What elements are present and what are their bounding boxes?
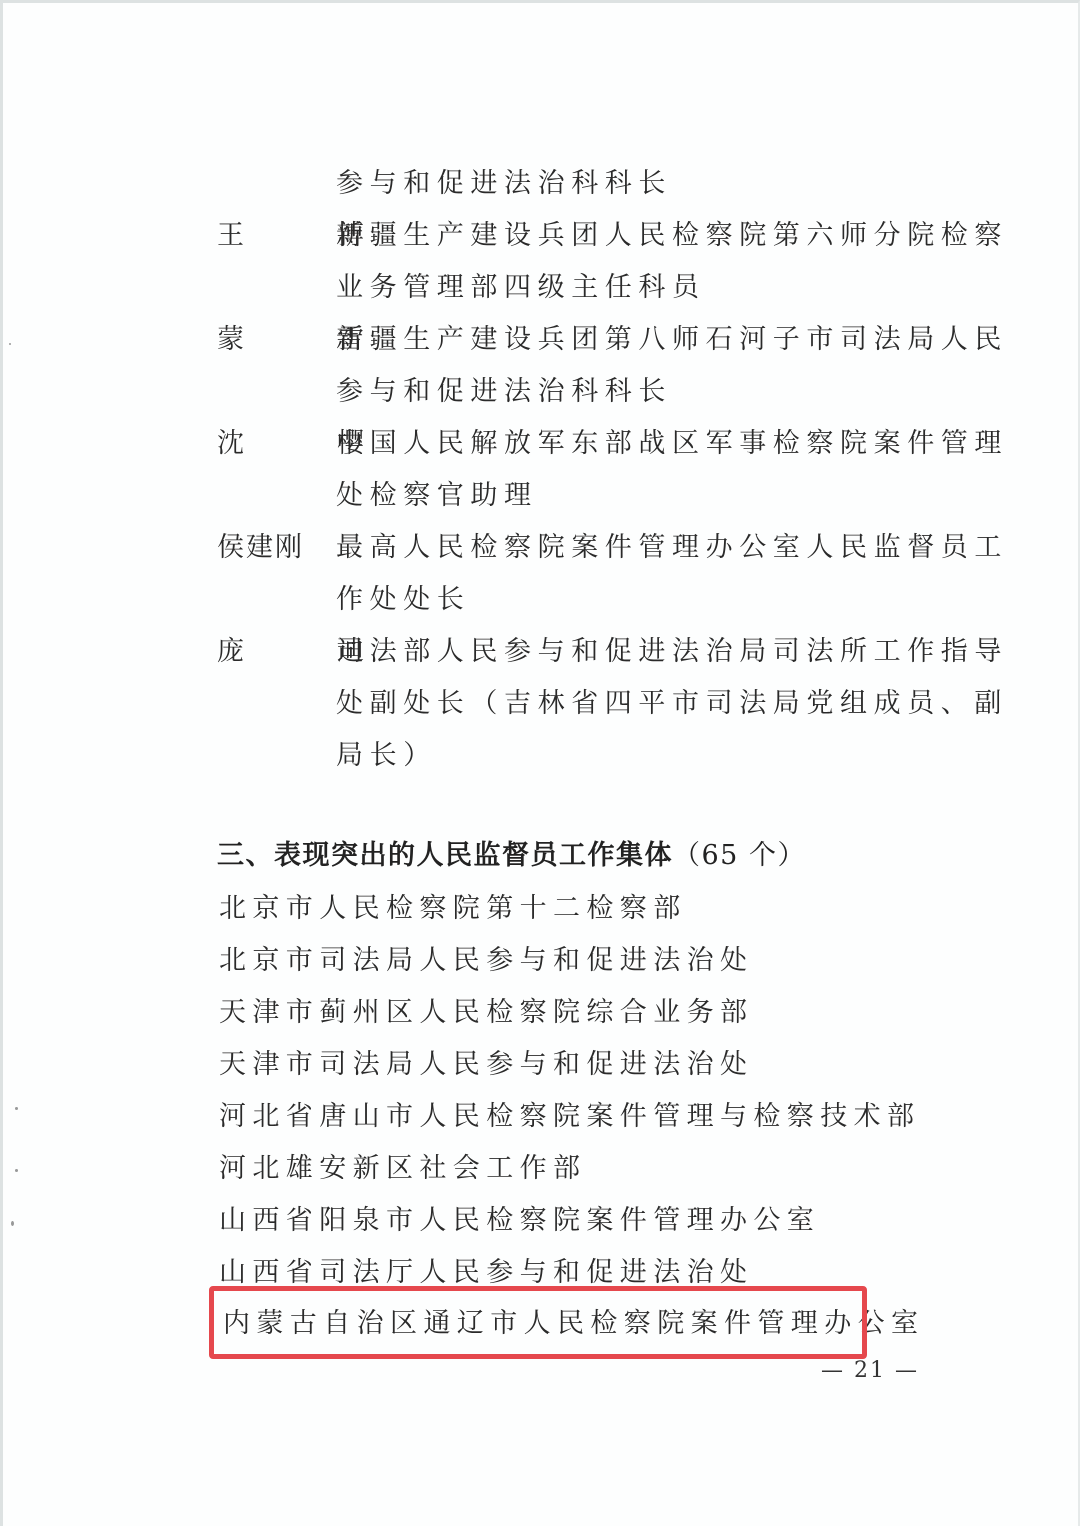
organization-item: 北京市人民检察院第十二检察部 <box>219 894 687 924</box>
person-title-line: 中国人民解放军东部战区军事检察院案件管理 <box>336 429 1008 459</box>
section-count: （65 个） <box>673 840 806 871</box>
person-title-line: 司法部人民参与和促进法治局司法所工作指导 <box>336 637 1008 667</box>
section-title: 三、表现突出的人民监督员工作集体 <box>217 840 673 871</box>
person-title-line: 处副处长（吉林省四平市司法局党组成员、副 <box>336 689 1008 719</box>
person-title-line: 局长） <box>336 741 437 771</box>
document-page: 参与和促进法治科科长 王 博 新疆生产建设兵团人民检察院第六师分院检察 业务管理… <box>0 0 1080 1526</box>
person-name: 侯建刚 <box>217 533 317 563</box>
organization-item: 山西省司法厅人民参与和促进法治处 <box>219 1258 753 1288</box>
person-name: 庞 迪 <box>217 637 317 667</box>
section-heading: 三、表现突出的人民监督员工作集体（65 个） <box>217 841 806 871</box>
continuation-line: 参与和促进法治科科长 <box>336 169 672 199</box>
person-title-line: 新疆生产建设兵团人民检察院第六师分院检察 <box>336 221 1008 251</box>
person-title-line: 新疆生产建设兵团第八师石河子市司法局人民 <box>336 325 1008 355</box>
organization-item: 天津市蓟州区人民检察院综合业务部 <box>219 998 753 1028</box>
person-title-line: 最高人民检察院案件管理办公室人民监督员工 <box>336 533 1008 563</box>
organization-item: 河北雄安新区社会工作部 <box>219 1154 586 1184</box>
person-title-line: 处检察官助理 <box>336 481 538 511</box>
person-title-line: 业务管理部四级主任科员 <box>336 273 706 303</box>
highlight-box <box>209 1286 867 1359</box>
page-number: — 21 — <box>821 1358 919 1384</box>
person-title-line: 作处处长 <box>336 585 470 615</box>
person-name: 蒙 雷 <box>217 325 317 355</box>
organization-item: 山西省阳泉市人民检察院案件管理办公室 <box>219 1206 820 1236</box>
person-name: 王 博 <box>217 221 317 251</box>
organization-item: 北京市司法局人民参与和促进法治处 <box>219 946 753 976</box>
organization-item: 天津市司法局人民参与和促进法治处 <box>219 1050 753 1080</box>
person-title-line: 参与和促进法治科科长 <box>336 377 672 407</box>
organization-item: 河北省唐山市人民检察院案件管理与检察技术部 <box>219 1102 920 1132</box>
person-name: 沈 樱 <box>217 429 317 459</box>
